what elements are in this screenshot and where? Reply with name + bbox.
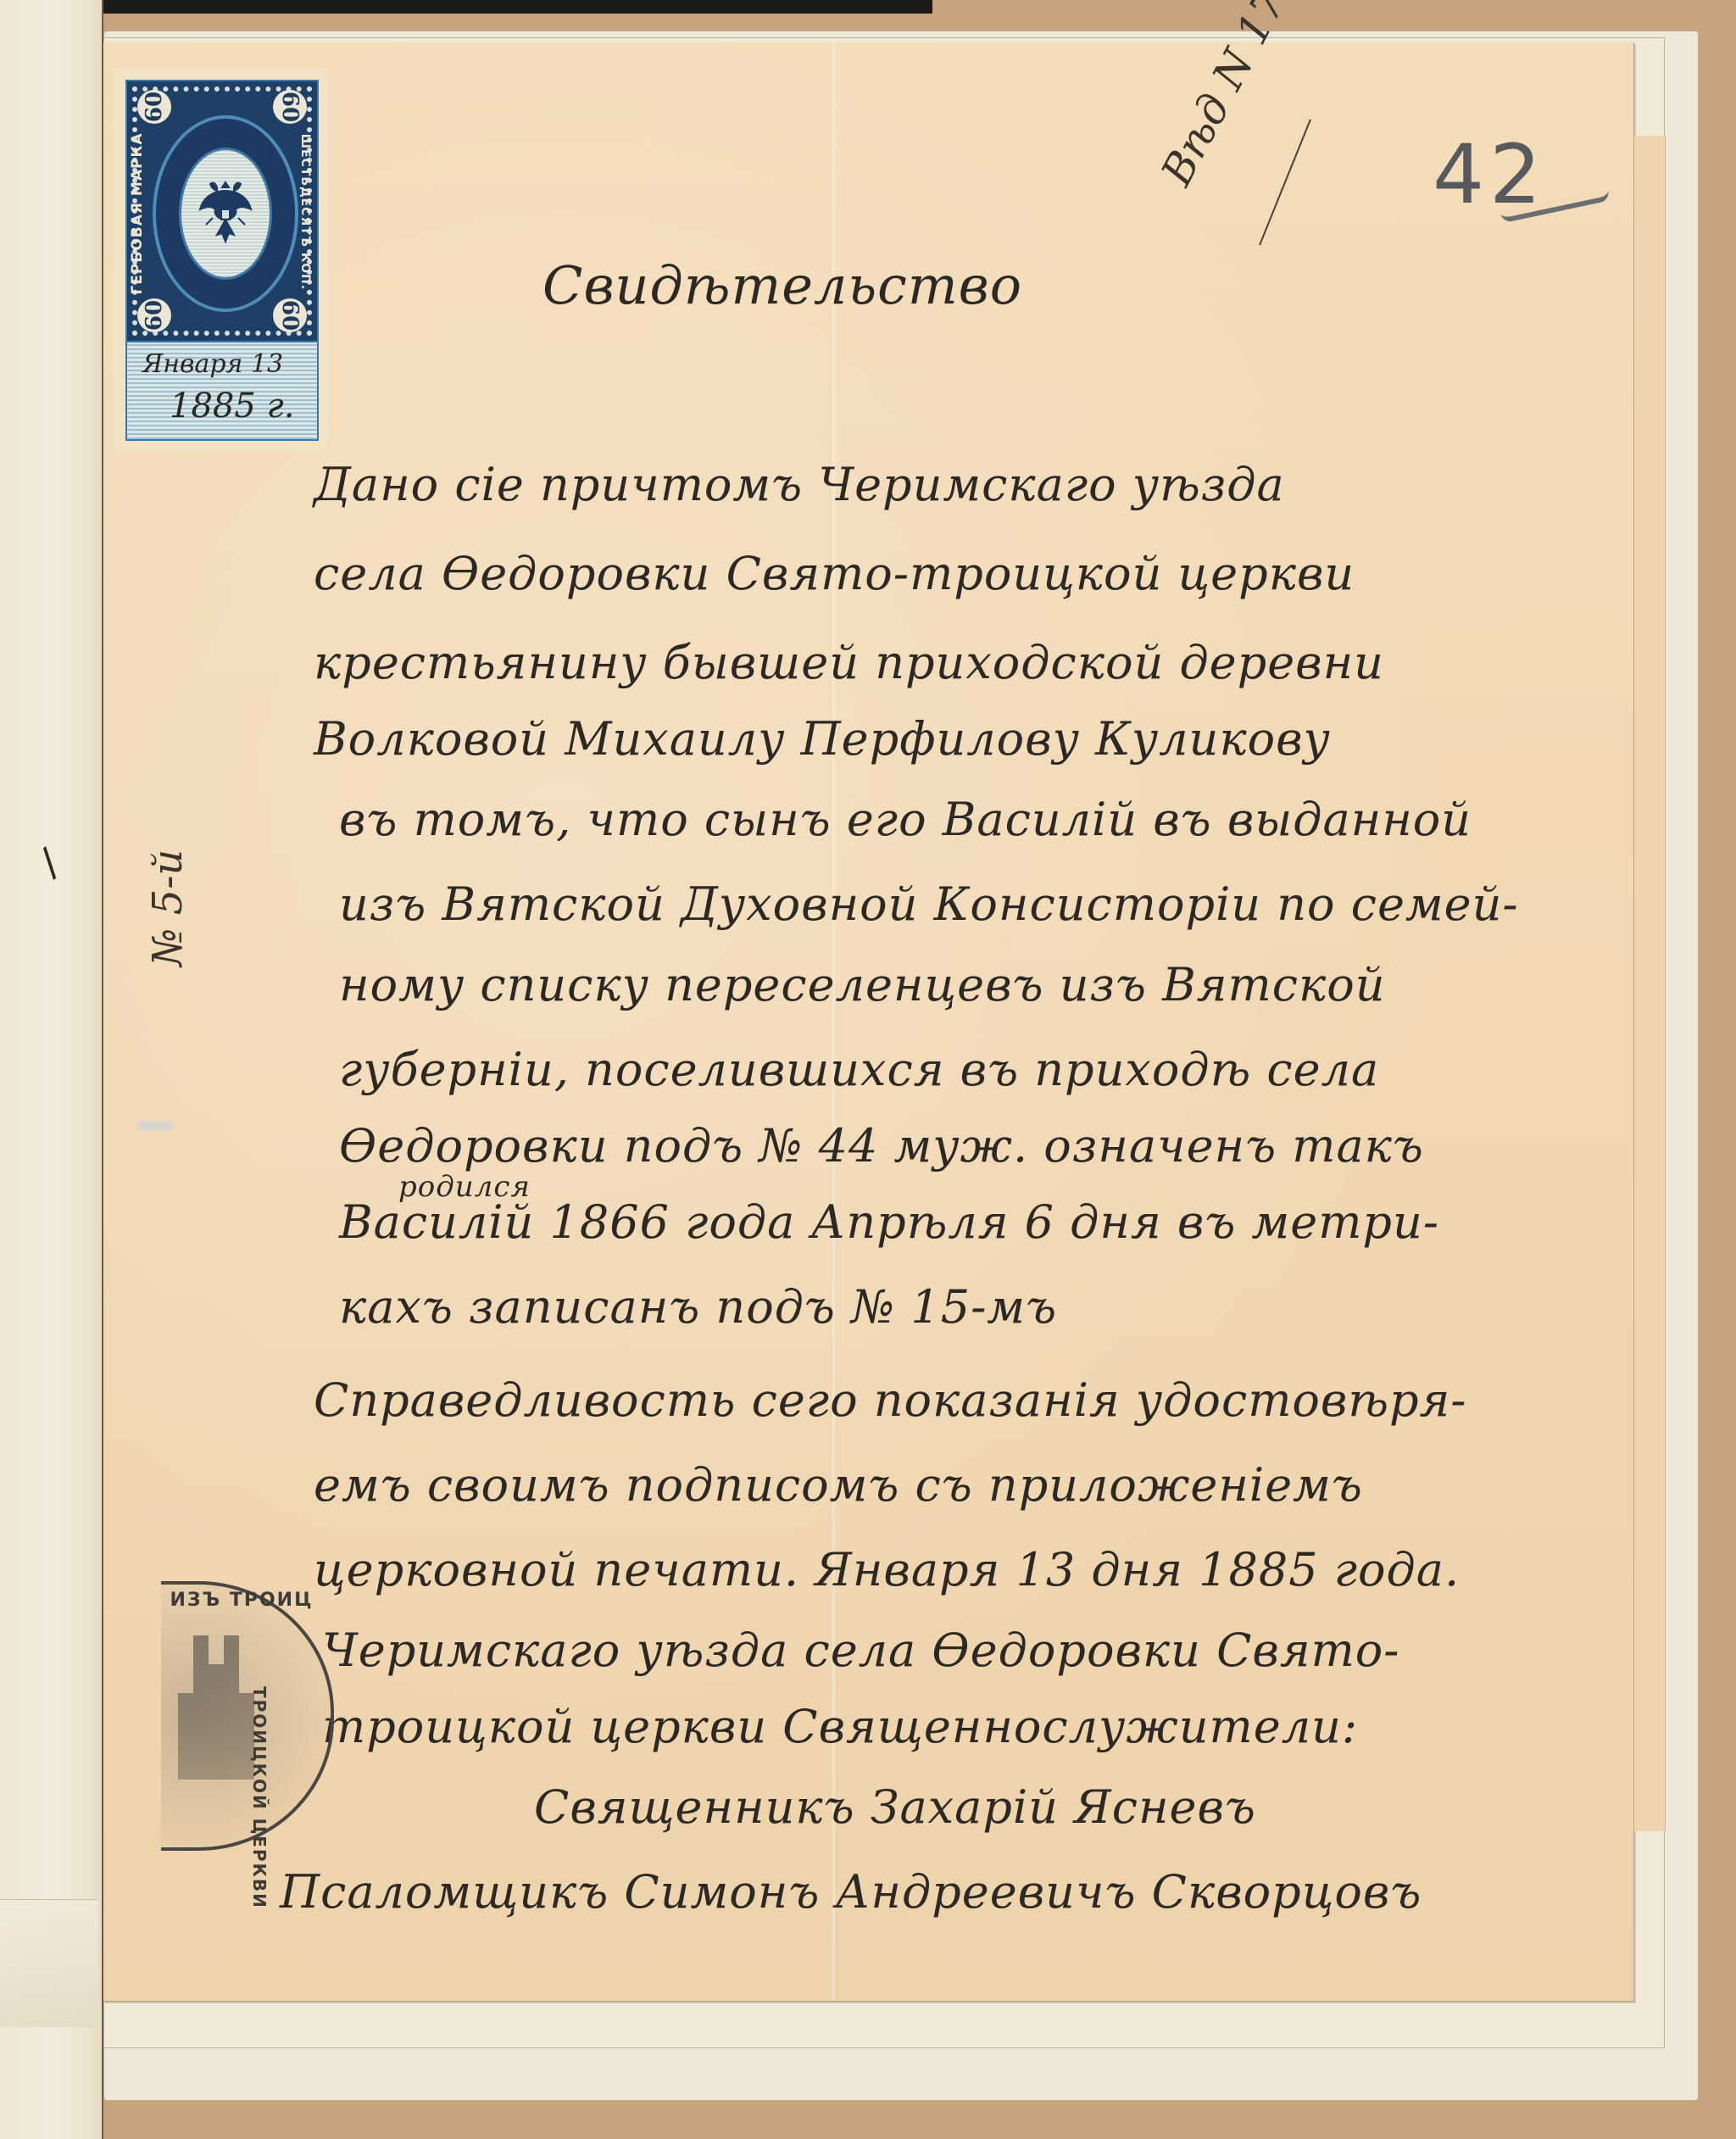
body-line: села Ѳедоровки Свято-троицкой церкви: [314, 547, 1355, 600]
stamp-oval: [153, 115, 298, 312]
body-line: Волковой Михаилу Перфилову Куликову: [314, 712, 1331, 766]
body-line: Справедливость сего показанія удостовѣря…: [314, 1373, 1467, 1427]
church-icon: [178, 1635, 254, 1780]
body-line-date: церковной печати. Января 13 дня 1885 год…: [314, 1543, 1460, 1596]
eagle-icon: [196, 175, 255, 252]
body-line: ному списку переселенцевъ изъ Вятской: [339, 958, 1386, 1011]
body-line: емъ своимъ подписомъ съ приложеніемъ: [314, 1458, 1363, 1512]
gutter-number-mark: № 5-й: [144, 849, 192, 966]
double-headed-eagle-icon: [179, 148, 272, 280]
body-line: изъ Вятской Духовной Консисторіи по семе…: [339, 877, 1519, 931]
body-line: Ѳедоровки подъ № 44 муж. означенъ такъ: [339, 1119, 1424, 1173]
body-line: въ томъ, что сынъ его Василій въ выданно…: [339, 793, 1472, 846]
body-line: Черимскаго уѣзда села Ѳедоровки Свято-: [322, 1624, 1400, 1677]
body-line: кахъ записанъ подъ № 15-мъ: [339, 1280, 1057, 1334]
stamp-cancellation-panel: Января 13 1885 г.: [125, 343, 319, 441]
signature-priest: Священникъ Захарій Ясневъ: [534, 1780, 1256, 1834]
left-page-fold: [0, 1899, 97, 2027]
body-line: крестьянину бывшей приходской деревни: [314, 636, 1384, 689]
stamp-cancellation-date: Января 13: [142, 349, 283, 379]
document-title: Свидѣтельство: [542, 254, 1022, 316]
stamp-cancellation-year: 1885 г.: [170, 387, 294, 426]
sheet-edge: [1634, 136, 1666, 1831]
body-line: губерніи, поселившихся въ приходѣ села: [339, 1043, 1379, 1096]
seal-top-text: ИЗЪ ТРОИЦ: [161, 1590, 322, 1611]
revenue-stamp: 60 60 60 60 ГЕРБОВАЯ МАРКА ШЕСТЬДЕСЯТЪ К…: [119, 73, 322, 446]
stamp-frame: 60 60 60 60 ГЕРБОВАЯ МАРКА ШЕСТЬДЕСЯТЪ К…: [125, 80, 319, 343]
seal-side-text: ТРОИЦКОЙ ЦЕРКВИ: [249, 1686, 270, 1909]
stamp-legend-top: ГЕРБОВАЯ МАРКА: [129, 125, 146, 302]
body-line: троицкой церкви Священнослужители:: [322, 1700, 1358, 1753]
stamp-value-corner: 60: [137, 90, 171, 124]
binding-thread: [137, 1121, 173, 1131]
left-facing-page: [0, 0, 103, 2139]
body-line: Дано сіе причтомъ Черимскаго уѣзда: [314, 458, 1285, 511]
signature-psalmist: Псаломщикъ Симонъ Андреевичъ Скворцовъ: [280, 1865, 1422, 1919]
stamp-value-corner: 60: [137, 298, 171, 332]
body-line: Василій 1866 года Апрѣля 6 дня въ метри-: [339, 1195, 1439, 1249]
stamp-legend-bottom: ШЕСТЬДЕСЯТЪ КОП.: [298, 119, 312, 305]
book-binding-top: [85, 0, 932, 14]
